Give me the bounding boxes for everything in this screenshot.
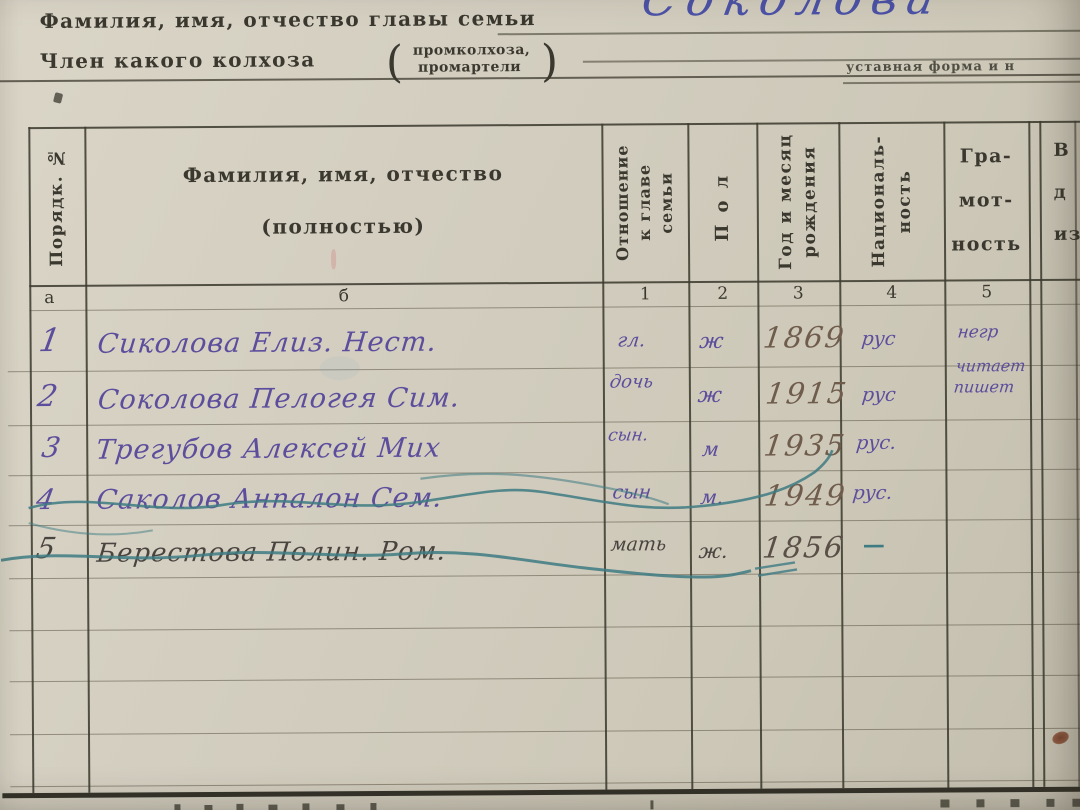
scanned-page: Фамилия, имя, отчество главы семьи Сокол… — [0, 0, 1080, 810]
row1-birth: 1869 — [761, 320, 847, 355]
row5-relation: мать — [610, 533, 668, 555]
index-4: 4 — [839, 281, 944, 306]
head-of-family-label: Фамилия, имя, отчество главы семьи — [40, 6, 537, 33]
kolkhoz-label: Член какого колхоза — [40, 47, 316, 73]
row1-name: Сиколова Елиз. Нест. — [96, 327, 438, 360]
col-divider-5-6b — [1039, 121, 1045, 787]
header-name-line1: Фамилия, имя, отчество — [84, 158, 601, 191]
col-divider-5-6a — [1028, 121, 1034, 787]
header-cut-column: В д из — [1053, 130, 1080, 256]
header-nationality: Националь- ность — [838, 123, 944, 281]
index-5: 5 — [944, 280, 1029, 305]
row-line-3 — [8, 469, 1080, 477]
row1-sex: ж — [698, 329, 724, 353]
row2-name: Соколова Пелогея Сим. — [96, 382, 461, 415]
document-photo: { "document": { "title_line": { "label":… — [0, 0, 1080, 810]
header-birth-label: Год и месяц рождения — [773, 134, 822, 271]
form-note: уставная форма и н — [846, 59, 1015, 75]
bracket-line1: промколхоза, — [413, 42, 531, 59]
header-literacy: Гра- мот- ность — [943, 135, 1029, 266]
header-name-line2: (полностью) — [85, 210, 602, 243]
row4-num: 4 — [34, 483, 57, 516]
index-2: 2 — [688, 282, 757, 306]
row2-birth: 1915 — [764, 376, 850, 411]
row-line-6 — [9, 624, 1080, 632]
row4-birth: 1949 — [762, 478, 848, 513]
header-order-no: Порядк. № — [28, 128, 85, 285]
row5-sex: ж. — [698, 539, 729, 563]
bracket-close: ) — [541, 36, 558, 87]
row5-num: 5 — [33, 531, 58, 565]
index-a: а — [29, 286, 69, 310]
header-nationality-label: Националь- ность — [865, 135, 918, 268]
row3-relation: сын. — [607, 425, 650, 445]
header-birth: Год и месяц рождения — [756, 123, 839, 280]
table-bottom-border — [2, 787, 1080, 799]
head-of-family-underline — [498, 30, 1080, 36]
index-b: б — [85, 283, 602, 310]
row-line-2 — [8, 419, 1080, 427]
row3-sex: м — [701, 437, 720, 461]
pink-smudge — [331, 249, 336, 269]
row3-birth: 1935 — [762, 428, 848, 463]
row4-nationality: рус. — [851, 482, 893, 504]
row-line-5 — [9, 572, 1080, 580]
row1-relation: гл. — [617, 329, 647, 351]
row4-relation: сын — [611, 481, 652, 503]
faint-blue-smudge — [320, 356, 360, 380]
row3-name: Трегубов Алексей Мих — [95, 433, 443, 466]
brown-stain — [1050, 729, 1070, 746]
row3-nationality: рус. — [855, 432, 897, 454]
header-relation: Отношение к главе семьи — [601, 124, 688, 282]
index-1: 1 — [602, 282, 688, 307]
form-note-underline — [843, 81, 1080, 84]
header-sex-label: Пол — [712, 163, 733, 241]
row4-sex: м. — [699, 485, 724, 509]
row-line-1 — [8, 365, 1080, 373]
row4-name: Саколов Анпалон Сем. — [95, 483, 444, 516]
bracket-line2: промартели — [418, 59, 521, 76]
bracket-open: ( — [386, 37, 403, 88]
row2-nationality: рус — [861, 384, 897, 406]
ink-blot — [53, 92, 63, 104]
row3-num: 3 — [39, 431, 62, 464]
row5-birth: 1856 — [761, 530, 847, 565]
head-of-family-handwritten: Соколова — [638, 0, 948, 26]
index-3: 3 — [757, 281, 839, 306]
header-sex: Пол — [687, 124, 757, 281]
page-content: Фамилия, имя, отчество главы семьи Сокол… — [0, 0, 1080, 810]
row2-literacy: читает пишет — [953, 355, 1027, 397]
row-line-8 — [10, 728, 1080, 736]
header-relation-label: Отношение к главе семьи — [611, 144, 678, 261]
row-line-7 — [10, 675, 1080, 683]
row2-relation: дочь — [608, 371, 654, 392]
row-line-9 — [10, 780, 1080, 788]
header-order-no-label: Порядк. № — [46, 146, 67, 267]
row5-name: Берестова Полин. Ром. — [95, 537, 448, 569]
row1-num: 1 — [36, 321, 63, 359]
row2-num: 2 — [35, 379, 60, 414]
row-line-4 — [9, 519, 1080, 527]
row1-literacy: негр — [957, 322, 1000, 342]
row5-nationality: — — [863, 532, 885, 558]
row1-nationality: рус — [861, 328, 897, 350]
row2-sex: ж — [697, 383, 723, 407]
